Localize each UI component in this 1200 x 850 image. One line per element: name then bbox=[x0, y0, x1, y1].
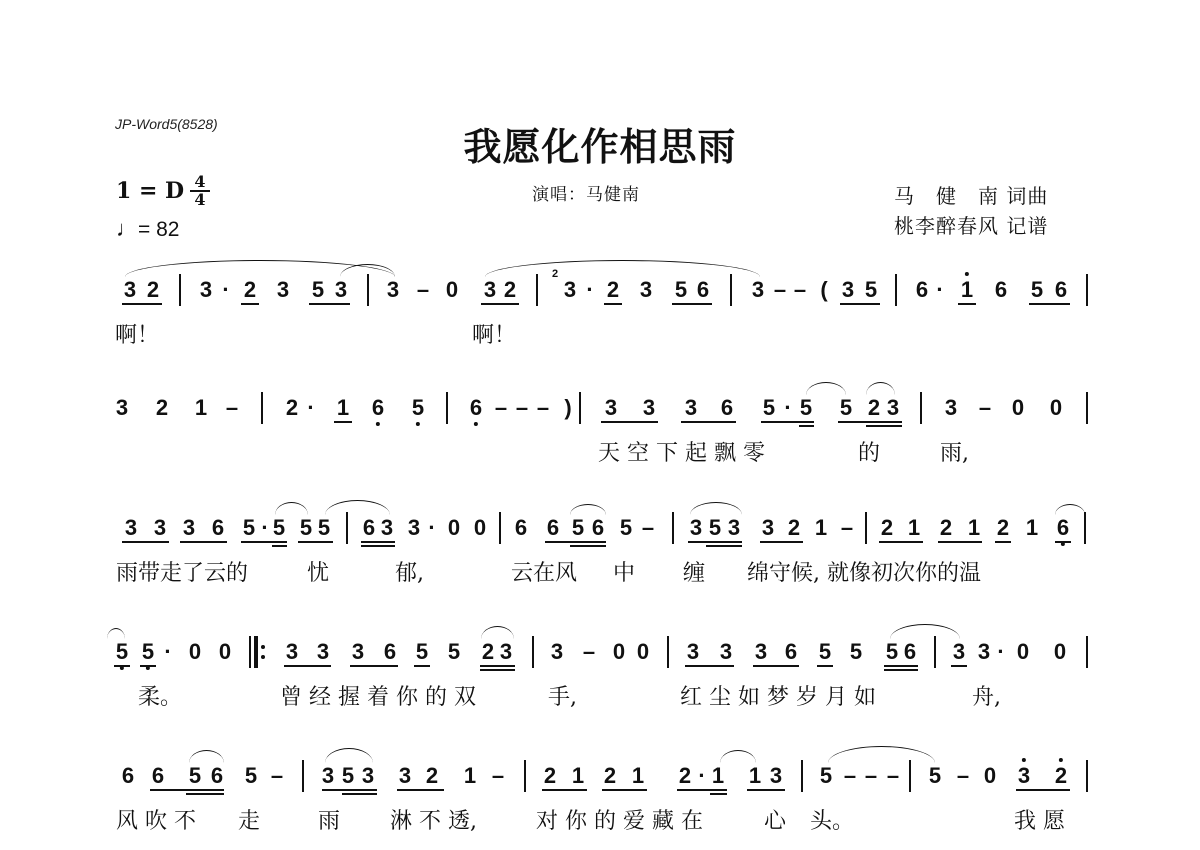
note: 2 bbox=[426, 764, 438, 788]
note: 0 bbox=[189, 640, 201, 664]
dot-augmentation: · bbox=[261, 516, 268, 540]
note: 5 bbox=[189, 764, 201, 788]
eighth-underline bbox=[884, 665, 918, 667]
note: 3 bbox=[755, 640, 767, 664]
note: 3 bbox=[387, 278, 399, 302]
note: 3 bbox=[154, 516, 166, 540]
eighth-underline bbox=[604, 303, 622, 305]
eighth-underline bbox=[601, 421, 658, 423]
note: 1 bbox=[337, 396, 349, 420]
dot-augmentation: · bbox=[222, 278, 229, 302]
note: 6 bbox=[904, 640, 916, 664]
composer-credit: 马 健 南 词曲 bbox=[894, 180, 1048, 209]
lyric-text: 中 bbox=[613, 556, 635, 587]
sixteenth-underline bbox=[361, 545, 395, 547]
dot-augmentation: · bbox=[936, 278, 943, 302]
song-title: 我愿化作相思雨 bbox=[0, 116, 1200, 171]
eighth-underline bbox=[838, 421, 902, 423]
slur-arc bbox=[890, 624, 960, 639]
eighth-underline bbox=[747, 789, 785, 791]
note: 6 bbox=[372, 396, 384, 420]
eighth-underline bbox=[951, 665, 967, 667]
note: 3 bbox=[770, 764, 782, 788]
sixteenth-underline bbox=[342, 793, 377, 795]
note: 3 bbox=[408, 516, 420, 540]
note: 1 bbox=[712, 764, 724, 788]
note: 3 bbox=[362, 764, 374, 788]
note: 2 bbox=[997, 516, 1009, 540]
slur-arc bbox=[189, 750, 224, 763]
barline bbox=[446, 392, 448, 424]
time-signature: 4 4 bbox=[190, 174, 210, 208]
note: 2 bbox=[1055, 764, 1067, 788]
key-signature: 1 = D bbox=[116, 178, 184, 204]
note: 1 bbox=[961, 278, 973, 302]
octave-up-dot bbox=[1022, 758, 1026, 762]
note: 5 bbox=[300, 516, 312, 540]
barline bbox=[1084, 512, 1086, 544]
eighth-underline bbox=[397, 789, 444, 791]
note: 3 bbox=[322, 764, 334, 788]
note: 5 bbox=[620, 516, 632, 540]
lyric-text: 走 bbox=[238, 804, 260, 835]
eighth-underline bbox=[1055, 541, 1071, 543]
lyric-text: 天 空 下 起 飘 零 bbox=[598, 436, 765, 467]
barline bbox=[909, 760, 911, 792]
dash-extension: – bbox=[226, 396, 238, 420]
note: 3 bbox=[484, 278, 496, 302]
note: 5 bbox=[245, 764, 257, 788]
barline bbox=[1086, 274, 1088, 306]
eighth-underline bbox=[602, 789, 647, 791]
slur-arc bbox=[275, 502, 308, 515]
eighth-underline bbox=[298, 541, 333, 543]
octave-down-dot bbox=[474, 422, 478, 426]
note: 3 bbox=[762, 516, 774, 540]
note: 1 bbox=[572, 764, 584, 788]
note: 3 bbox=[752, 278, 764, 302]
note: 0 bbox=[1012, 396, 1024, 420]
note: 3 bbox=[352, 640, 364, 664]
lyric-text: 啊！ bbox=[472, 318, 516, 349]
lyric-text: 心 bbox=[764, 804, 786, 835]
eighth-underline bbox=[150, 789, 224, 791]
note: 5 bbox=[412, 396, 424, 420]
note: 2 bbox=[607, 278, 619, 302]
barline bbox=[1086, 636, 1088, 668]
tempo-marking: ♩= 82 bbox=[116, 216, 179, 242]
note: 3 bbox=[116, 396, 128, 420]
eighth-underline bbox=[241, 303, 259, 305]
lyric-text: 雨, bbox=[940, 436, 969, 467]
note: 3 bbox=[887, 396, 899, 420]
eighth-underline bbox=[677, 789, 727, 791]
eighth-underline bbox=[334, 421, 352, 423]
eighth-underline bbox=[114, 665, 130, 667]
eighth-underline bbox=[840, 303, 880, 305]
slur-arc bbox=[107, 628, 125, 639]
note: 5 bbox=[763, 396, 775, 420]
note: 3 bbox=[978, 640, 990, 664]
dash-extension: – bbox=[794, 278, 806, 302]
dot-augmentation: · bbox=[784, 396, 791, 420]
note: 2 bbox=[156, 396, 168, 420]
barline bbox=[801, 760, 803, 792]
note: 2 bbox=[868, 396, 880, 420]
barline bbox=[524, 760, 526, 792]
note: 6 bbox=[1057, 516, 1069, 540]
barline bbox=[920, 392, 922, 424]
lyric-text: 忧 bbox=[307, 556, 329, 587]
octave-down-dot bbox=[376, 422, 380, 426]
octave-down-dot bbox=[1061, 542, 1065, 546]
eighth-underline bbox=[1029, 303, 1070, 305]
note: 3 bbox=[200, 278, 212, 302]
note: 5 bbox=[929, 764, 941, 788]
note: 5 bbox=[819, 640, 831, 664]
note: 3 bbox=[643, 396, 655, 420]
note: 0 bbox=[1050, 396, 1062, 420]
note: 6 bbox=[785, 640, 797, 664]
note: 6 bbox=[697, 278, 709, 302]
lyric-text: 柔。 bbox=[138, 680, 182, 711]
eighth-underline bbox=[180, 541, 227, 543]
barline bbox=[1086, 760, 1088, 792]
dash-extension: – bbox=[492, 764, 504, 788]
note: 6 bbox=[152, 764, 164, 788]
dot-augmentation: · bbox=[428, 516, 435, 540]
note: 6 bbox=[1055, 278, 1067, 302]
note: 2 bbox=[147, 278, 159, 302]
barline bbox=[179, 274, 181, 306]
quarter-note-icon: ♩ bbox=[116, 216, 138, 241]
barline bbox=[579, 392, 581, 424]
dash-extension: – bbox=[841, 516, 853, 540]
note: 3 bbox=[183, 516, 195, 540]
note: 3 bbox=[564, 278, 576, 302]
dash-extension: – bbox=[417, 278, 429, 302]
note: 5 bbox=[850, 640, 862, 664]
note: 0 bbox=[1054, 640, 1066, 664]
note: 5 bbox=[800, 396, 812, 420]
note: 6 bbox=[212, 516, 224, 540]
slur-arc bbox=[866, 382, 895, 395]
note: 5 bbox=[1031, 278, 1043, 302]
eighth-underline bbox=[140, 665, 156, 667]
barline bbox=[302, 760, 304, 792]
lyric-text: 手, bbox=[548, 680, 577, 711]
sixteenth-underline bbox=[480, 669, 515, 671]
note: 3 bbox=[690, 516, 702, 540]
dot-augmentation: · bbox=[997, 640, 1004, 664]
note: ) bbox=[564, 396, 571, 420]
lyric-text: 郁, bbox=[395, 556, 424, 587]
lyric-text: 云在风 bbox=[511, 556, 577, 587]
dot-augmentation: · bbox=[164, 640, 171, 664]
lyric-text: 雨带走了云的 bbox=[116, 556, 248, 587]
eighth-underline bbox=[309, 303, 350, 305]
transcriber-credit: 桃李醉春风 记谱 bbox=[894, 210, 1048, 239]
note: 2 bbox=[788, 516, 800, 540]
eighth-underline bbox=[122, 303, 162, 305]
eighth-underline bbox=[322, 789, 377, 791]
lyric-text: 淋 不 透, bbox=[390, 804, 477, 835]
note: 5 bbox=[312, 278, 324, 302]
note: 5 bbox=[572, 516, 584, 540]
eighth-underline bbox=[685, 665, 734, 667]
note: 5 bbox=[142, 640, 154, 664]
note: 1 bbox=[1026, 516, 1038, 540]
eighth-underline bbox=[681, 421, 736, 423]
lyric-text: 红 尘 如 梦 岁 月 如 bbox=[680, 680, 876, 711]
note: 3 bbox=[286, 640, 298, 664]
eighth-underline bbox=[284, 665, 331, 667]
note: 5 bbox=[448, 640, 460, 664]
note: 3 bbox=[640, 278, 652, 302]
eighth-underline bbox=[480, 665, 515, 667]
slur-arc bbox=[481, 626, 514, 639]
dash-extension: – bbox=[774, 278, 786, 302]
note: 3 bbox=[605, 396, 617, 420]
note: 3 bbox=[500, 640, 512, 664]
lyric-text: 对 你 的 爱 藏 在 bbox=[536, 804, 703, 835]
dot-augmentation: · bbox=[698, 764, 705, 788]
note: 3 bbox=[317, 640, 329, 664]
lyric-text: 绵守候, 就像初次你的温 bbox=[747, 556, 981, 587]
barline bbox=[730, 274, 732, 306]
note: 3 bbox=[399, 764, 411, 788]
barline bbox=[346, 512, 348, 544]
time-signature-denominator: 4 bbox=[194, 190, 205, 209]
eighth-underline bbox=[753, 665, 799, 667]
note: 3 bbox=[381, 516, 393, 540]
note: 0 bbox=[637, 640, 649, 664]
note: 5 bbox=[709, 516, 721, 540]
note: 3 bbox=[842, 278, 854, 302]
sixteenth-underline bbox=[272, 545, 287, 547]
note: 2 bbox=[544, 764, 556, 788]
eighth-underline bbox=[545, 541, 606, 543]
note: 1 bbox=[632, 764, 644, 788]
note: 3 bbox=[945, 396, 957, 420]
note: 6 bbox=[470, 396, 482, 420]
eighth-underline bbox=[542, 789, 587, 791]
note: 0 bbox=[474, 516, 486, 540]
note: 3 bbox=[125, 516, 137, 540]
note: 3 bbox=[687, 640, 699, 664]
eighth-underline bbox=[817, 665, 833, 667]
eighth-underline bbox=[481, 303, 519, 305]
note: 5 bbox=[273, 516, 285, 540]
dash-extension: – bbox=[516, 396, 528, 420]
dash-extension: – bbox=[865, 764, 877, 788]
sixteenth-underline bbox=[570, 545, 606, 547]
note: 2 bbox=[482, 640, 494, 664]
barline bbox=[1086, 392, 1088, 424]
note: 6 bbox=[363, 516, 375, 540]
eighth-underline bbox=[414, 665, 430, 667]
dash-extension: – bbox=[979, 396, 991, 420]
note: 1 bbox=[749, 764, 761, 788]
note: 3 bbox=[124, 278, 136, 302]
slur-arc bbox=[720, 750, 756, 763]
note: 2 bbox=[679, 764, 691, 788]
note: 0 bbox=[219, 640, 231, 664]
singer-credit: 演唱：马健南 bbox=[532, 180, 640, 205]
barline bbox=[261, 392, 263, 424]
note: 6 bbox=[995, 278, 1007, 302]
slur-arc bbox=[828, 746, 935, 763]
eighth-underline bbox=[761, 421, 814, 423]
note: 3 bbox=[551, 640, 563, 664]
lyric-text: 缠 bbox=[683, 556, 705, 587]
lyric-text: 雨 bbox=[318, 804, 340, 835]
note: 5 bbox=[318, 516, 330, 540]
note: 1 bbox=[195, 396, 207, 420]
note: 5 bbox=[675, 278, 687, 302]
note: 6 bbox=[122, 764, 134, 788]
note: ( bbox=[820, 278, 827, 302]
note: 3 bbox=[720, 640, 732, 664]
eighth-underline bbox=[688, 541, 742, 543]
note: 6 bbox=[592, 516, 604, 540]
note: 3 bbox=[685, 396, 697, 420]
dash-extension: – bbox=[537, 396, 549, 420]
octave-up-dot bbox=[1059, 758, 1063, 762]
sixteenth-underline bbox=[706, 545, 742, 547]
barline bbox=[367, 274, 369, 306]
grace-note: 2 bbox=[552, 268, 558, 280]
eighth-underline bbox=[1016, 789, 1070, 791]
sixteenth-underline bbox=[710, 793, 727, 795]
note: 6 bbox=[384, 640, 396, 664]
octave-down-dot bbox=[146, 666, 150, 670]
octave-down-dot bbox=[416, 422, 420, 426]
dash-extension: – bbox=[271, 764, 283, 788]
note: 3 bbox=[277, 278, 289, 302]
dash-extension: – bbox=[583, 640, 595, 664]
dash-extension: – bbox=[495, 396, 507, 420]
barline bbox=[934, 636, 936, 668]
octave-up-dot bbox=[965, 272, 969, 276]
note: 3 bbox=[335, 278, 347, 302]
note: 5 bbox=[416, 640, 428, 664]
eighth-underline bbox=[672, 303, 712, 305]
barline bbox=[865, 512, 867, 544]
slur-arc bbox=[690, 502, 742, 515]
sixteenth-underline bbox=[884, 669, 918, 671]
dash-extension: – bbox=[642, 516, 654, 540]
eighth-underline bbox=[760, 541, 803, 543]
sixteenth-underline bbox=[186, 793, 224, 795]
lyric-text: 曾 经 握 着 你 的 双 bbox=[280, 680, 476, 711]
note: 5 bbox=[116, 640, 128, 664]
note: 0 bbox=[984, 764, 996, 788]
note: 3 bbox=[953, 640, 965, 664]
dot-augmentation: · bbox=[586, 278, 593, 302]
barline bbox=[536, 274, 538, 306]
tempo-value: = 82 bbox=[138, 218, 179, 241]
eighth-underline bbox=[361, 541, 395, 543]
sixteenth-underline bbox=[799, 425, 814, 427]
lyric-text: 我 愿 bbox=[1014, 804, 1065, 835]
octave-down-dot bbox=[120, 666, 124, 670]
note: 2 bbox=[286, 396, 298, 420]
barline bbox=[672, 512, 674, 544]
note: 1 bbox=[908, 516, 920, 540]
note: 5 bbox=[886, 640, 898, 664]
eighth-underline bbox=[995, 541, 1011, 543]
note: 1 bbox=[968, 516, 980, 540]
note: 3 bbox=[728, 516, 740, 540]
note: 5 bbox=[342, 764, 354, 788]
note: 0 bbox=[446, 278, 458, 302]
note: 2 bbox=[940, 516, 952, 540]
barline bbox=[499, 512, 501, 544]
lyric-text: 的 bbox=[858, 436, 880, 467]
slur-arc bbox=[485, 260, 760, 277]
slur-arc bbox=[325, 500, 390, 515]
lyric-text: 头。 bbox=[810, 804, 854, 835]
note: 6 bbox=[916, 278, 928, 302]
eighth-underline bbox=[938, 541, 982, 543]
note: 6 bbox=[547, 516, 559, 540]
note: 5 bbox=[865, 278, 877, 302]
slur-arc bbox=[325, 748, 373, 763]
note: 2 bbox=[504, 278, 516, 302]
note: 1 bbox=[815, 516, 827, 540]
note: 6 bbox=[211, 764, 223, 788]
barline bbox=[667, 636, 669, 668]
note: 1 bbox=[464, 764, 476, 788]
note: 3 bbox=[1018, 764, 1030, 788]
note: 5 bbox=[243, 516, 255, 540]
slur-arc bbox=[570, 504, 606, 515]
note: 0 bbox=[613, 640, 625, 664]
barline bbox=[532, 636, 534, 668]
dash-extension: – bbox=[844, 764, 856, 788]
dash-extension: – bbox=[957, 764, 969, 788]
note: 0 bbox=[1017, 640, 1029, 664]
dash-extension: – bbox=[887, 764, 899, 788]
note: 5 bbox=[820, 764, 832, 788]
note: 5 bbox=[840, 396, 852, 420]
eighth-underline bbox=[958, 303, 976, 305]
sixteenth-underline bbox=[866, 425, 902, 427]
note: 6 bbox=[515, 516, 527, 540]
lyric-text: 啊！ bbox=[115, 318, 159, 349]
barline bbox=[895, 274, 897, 306]
eighth-underline bbox=[879, 541, 923, 543]
eighth-underline bbox=[122, 541, 169, 543]
eighth-underline bbox=[241, 541, 287, 543]
note: 2 bbox=[244, 278, 256, 302]
note: 6 bbox=[721, 396, 733, 420]
note: 0 bbox=[448, 516, 460, 540]
slur-arc bbox=[806, 382, 846, 395]
lyric-text: 风 吹 不 bbox=[116, 804, 196, 835]
note: 2 bbox=[604, 764, 616, 788]
dot-augmentation: · bbox=[307, 396, 314, 420]
lyric-text: 舟, bbox=[972, 680, 1001, 711]
eighth-underline bbox=[350, 665, 398, 667]
note: 2 bbox=[881, 516, 893, 540]
slur-arc bbox=[1055, 504, 1085, 515]
